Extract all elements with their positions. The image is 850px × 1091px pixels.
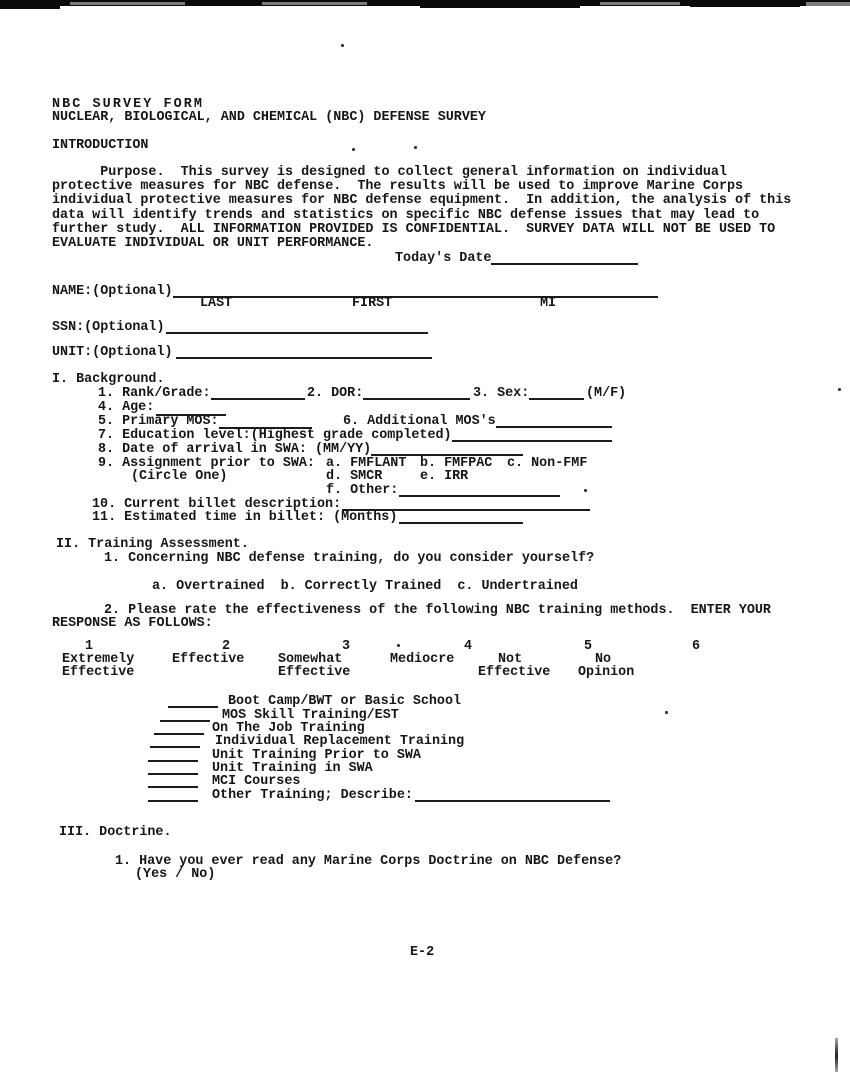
purpose-line: data will identify trends and statistics… [52,209,797,223]
scan-dot-artifact [838,388,841,391]
method-rating-blank [154,722,204,735]
name-sublabel-mi: MI [540,297,556,310]
purpose-line: further study. ALL INFORMATION PROVIDED … [52,223,797,237]
q-time-in-billet-blank [399,511,523,524]
purpose-line: protective measures for NBC defense. The… [52,180,797,194]
name-sublabel-first: FIRST [352,297,392,310]
scanned-survey-page: NBC SURVEY FORM NUCLEAR, BIOLOGICAL, AND… [0,0,850,1091]
training-q2-line2: RESPONSE AS FOLLOWS: [52,617,213,630]
scale-number-6: 6 [692,640,700,653]
method-rating-blank [148,749,198,762]
scan-dot-artifact [341,44,344,47]
name-sublabel-last: LAST [200,297,232,310]
scan-dot-artifact [397,644,400,647]
q-dor-label: 2. DOR: [307,387,363,400]
scale-label-effective-3: Effective [278,666,350,679]
method-rating-blank [150,735,200,748]
purpose-paragraph: Purpose. This survey is designed to coll… [52,166,797,251]
q-age-label: 4. Age: [98,401,154,414]
q-dor-blank [363,387,470,400]
method-rating-blank [148,789,198,802]
scale-label-effective-2: Effective [62,666,134,679]
other-training-describe-blank [415,789,610,802]
scan-dot-artifact [584,489,587,492]
q-primary-mos-label: 5. Primary MOS: [98,415,219,428]
assignment-option-d: d. SMCR [326,470,382,483]
method-other-training: Other Training; Describe: [212,789,413,802]
scan-top-bar-artifact [0,0,850,6]
scale-label-effective: Effective [172,653,244,666]
ssn-blank [166,321,428,334]
section-heading-background: I. Background. [52,373,165,386]
method-rating-blank [148,775,198,788]
q-education-blank [452,429,612,442]
scan-dot-artifact [665,711,668,714]
form-subtitle: NUCLEAR, BIOLOGICAL, AND CHEMICAL (NBC) … [52,111,486,124]
training-q1-options: a. Overtrained b. Correctly Trained c. U… [152,580,578,593]
q-additional-mos-blank [496,415,612,428]
q-time-in-billet-label: 11. Estimated time in billet: (Months) [92,511,397,524]
scan-dot-artifact [352,148,355,151]
unit-label: UNIT:(Optional) [52,346,173,359]
scale-number-3: 3 [342,640,350,653]
scan-dot-artifact [414,146,417,149]
scan-edge-line-artifact [835,1038,838,1072]
q-sex-mf-hint: (M/F) [586,387,626,400]
q-sex-blank [529,387,584,400]
q-rank-grade-label: 1. Rank/Grade: [98,387,211,400]
circle-one-hint: (Circle One) [131,470,227,483]
todays-date-blank [491,252,638,265]
unit-blank [176,346,432,359]
assignment-other-blank [399,484,560,497]
method-rating-blank [148,762,198,775]
method-rating-blank [168,695,218,708]
assignment-option-e: e. IRR [420,470,468,483]
method-rating-blank [160,709,210,722]
todays-date-label: Today's Date [395,252,491,265]
q-arrival-swa-label: 8. Date of arrival in SWA: (MM/YY) [98,443,371,456]
assignment-option-f: f. Other: [326,484,398,497]
scale-label-opinion: Opinion [578,666,634,679]
scale-number-4: 4 [464,640,472,653]
name-blank [173,285,658,298]
introduction-heading: INTRODUCTION [52,139,148,152]
scale-number-5: 5 [584,640,592,653]
q-sex-label: 3. Sex: [473,387,529,400]
method-boot-camp: Boot Camp/BWT or Basic School [228,695,461,708]
section-heading-training: II. Training Assessment. [56,538,249,551]
purpose-line: Purpose. This survey is designed to coll… [52,166,797,180]
name-label: NAME:(Optional) [52,285,173,298]
scale-label-mediocre: Mediocre [390,653,454,666]
q-education-label: 7. Education level:(Highest grade comple… [98,429,452,442]
scale-label-effective-4: Effective [478,666,550,679]
q-rank-grade-blank [211,387,305,400]
training-q1: 1. Concerning NBC defense training, do y… [104,552,594,565]
assignment-option-c: c. Non-FMF [507,457,587,470]
purpose-line: EVALUATE INDIVIDUAL OR UNIT PERFORMANCE. [52,237,797,251]
q-additional-mos-label: 6. Additional MOS's [343,415,496,428]
section-heading-doctrine: III. Doctrine. [59,826,172,839]
doctrine-yes-no-hint: (Yes / No) [135,868,215,881]
page-number: E-2 [410,946,434,959]
method-individual-replacement: Individual Replacement Training [215,735,464,748]
ssn-label: SSN:(Optional) [52,321,165,334]
method-mci-courses: MCI Courses [212,775,300,788]
q-arrival-swa-blank [371,443,523,456]
purpose-line: individual protective measures for NBC d… [52,194,797,208]
